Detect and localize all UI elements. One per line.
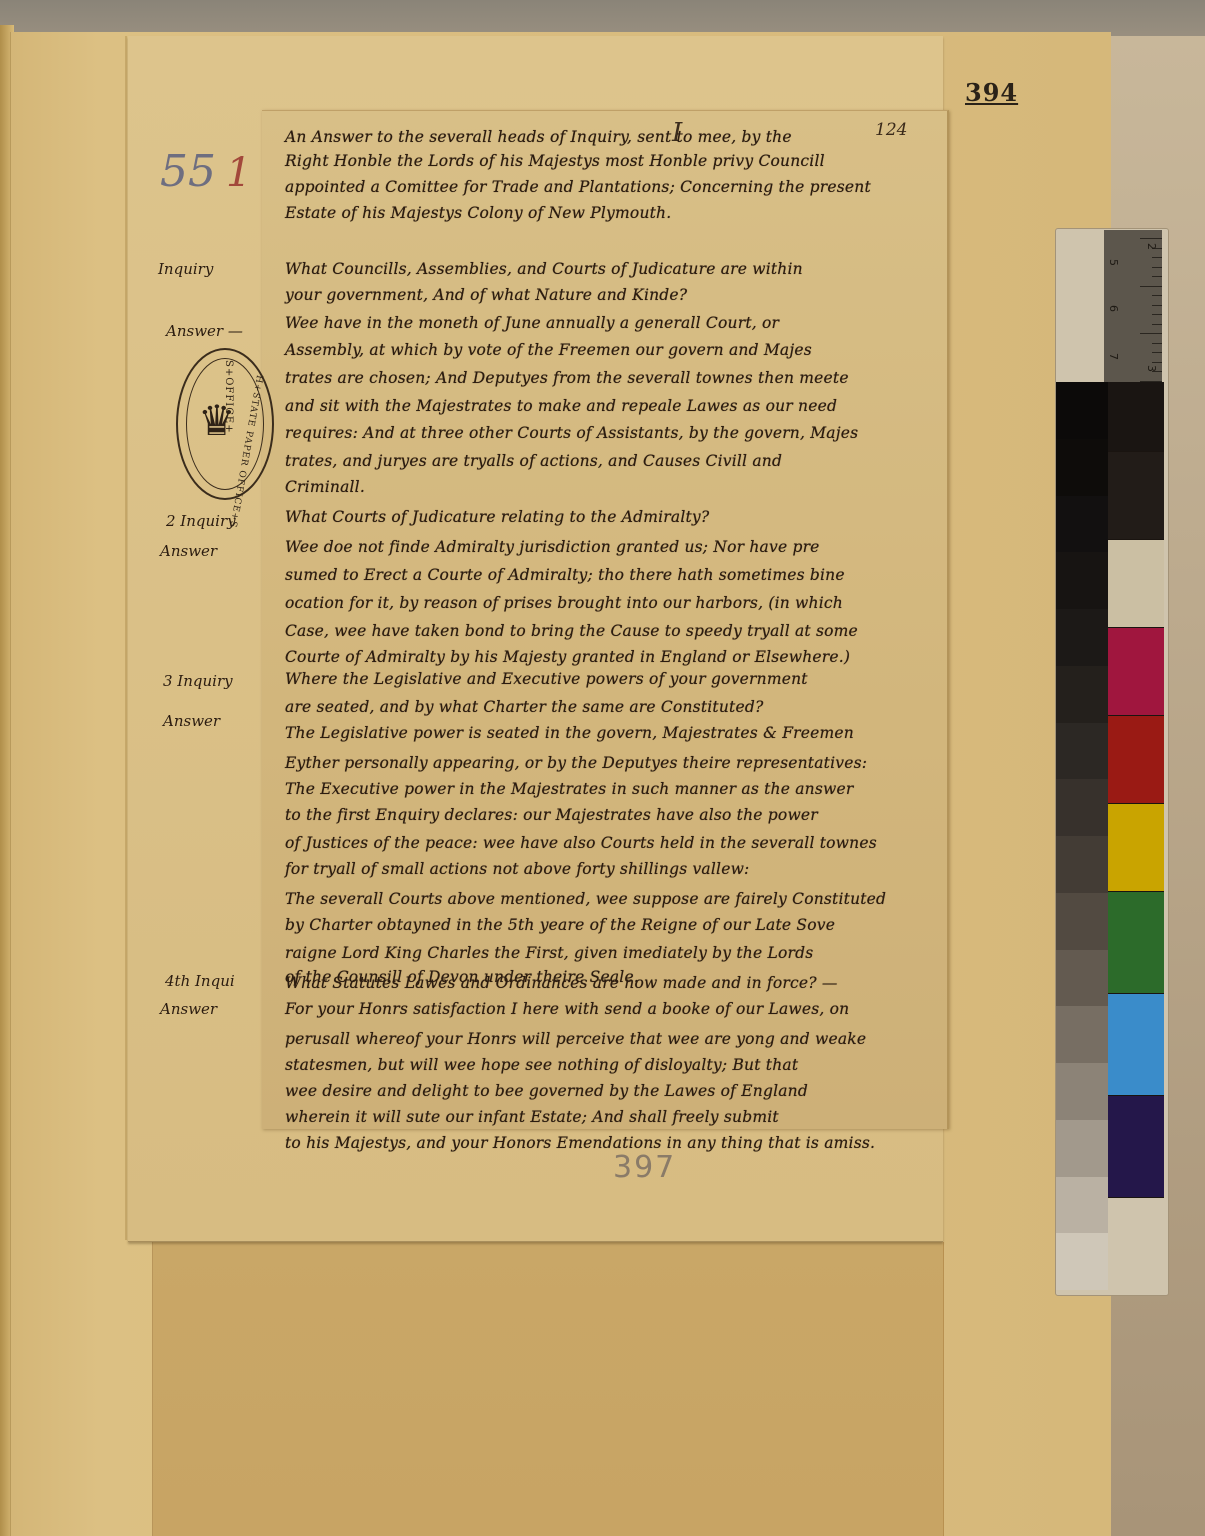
ruler-tick [1152, 362, 1162, 363]
gray-step [1056, 496, 1108, 553]
ruler-label: 7 [1107, 353, 1120, 360]
color-patch-red [1108, 716, 1164, 804]
gray-step [1056, 723, 1108, 780]
measurement-ruler: 25673 [1104, 230, 1162, 382]
gray-step [1056, 1233, 1108, 1290]
gray-step [1056, 893, 1108, 950]
color-patch-white [1108, 540, 1164, 628]
gray-step [1056, 1006, 1108, 1063]
reference-number-124: 124 [875, 120, 907, 140]
margin-label: Answer [160, 1000, 217, 1018]
ruler-tick [1152, 343, 1162, 344]
manuscript-line: sumed to Erect a Courte of Admiralty; th… [285, 568, 845, 584]
title-line: Right Honble the Lords of his Majestys m… [285, 154, 825, 170]
title-line: An Answer to the severall heads of Inqui… [285, 130, 792, 146]
ruler-tick [1152, 276, 1162, 277]
gray-step [1056, 1063, 1108, 1120]
ruler-label: 3 [1145, 365, 1158, 372]
ruler-label: 2 [1145, 243, 1158, 250]
gray-step [1056, 666, 1108, 723]
manuscript-line: Where the Legislative and Executive powe… [285, 672, 808, 688]
manuscript-line: ocation for it, by reason of prises brou… [285, 596, 843, 612]
pencil-folio-number: 397 [613, 1150, 676, 1185]
color-patch-magenta [1108, 628, 1164, 716]
manuscript-line: perusall whereof your Honrs will perceiv… [285, 1032, 866, 1048]
manuscript-line: Wee have in the moneth of June annually … [285, 316, 779, 332]
state-paper-office-stamp: ♛ S+OFFICE+ H+STATE PAPER OFFICE+S [176, 348, 274, 500]
ruler-label: 5 [1107, 259, 1120, 266]
ruler-tick [1152, 295, 1162, 296]
manuscript-line: are seated, and by what Charter the same… [285, 700, 763, 716]
manuscript-line: wee desire and delight to bee governed b… [285, 1084, 808, 1100]
margin-label: Answer [160, 542, 217, 560]
manuscript-line: trates, and juryes are tryalls of action… [285, 454, 782, 470]
manuscript-line: raigne Lord King Charles the First, give… [285, 946, 813, 962]
ruler-tick [1152, 352, 1162, 353]
gray-step [1056, 1177, 1108, 1234]
manuscript-line: of Justices of the peace: wee have also … [285, 836, 877, 852]
ruler-tick [1152, 267, 1162, 268]
manuscript-line: Eyther personally appearing, or by the D… [285, 756, 867, 772]
color-patch-navy [1108, 1096, 1164, 1198]
manuscript-line: to the first Enquiry declares: our Majes… [285, 808, 818, 824]
color-patch-black [1108, 382, 1164, 452]
manuscript-line: What Statutes Lawes and Ordinances are n… [285, 976, 838, 992]
gray-step [1056, 552, 1108, 609]
gray-step [1056, 382, 1108, 439]
grayscale-strip [1056, 382, 1108, 1290]
color-patch-yellow [1108, 804, 1164, 892]
manuscript-line: by Charter obtayned in the 5th yeare of … [285, 918, 835, 934]
manuscript-line: Criminall. [285, 480, 365, 496]
manuscript-line: your government, And of what Nature and … [285, 288, 687, 304]
manuscript-line: Wee doe not finde Admiralty jurisdiction… [285, 540, 820, 556]
manuscript-line: The severall Courts above mentioned, wee… [285, 892, 886, 908]
color-patch-strip [1108, 382, 1164, 1282]
ruler-tick [1152, 257, 1162, 258]
lower-guard-sheet [152, 1242, 944, 1536]
gray-step [1056, 439, 1108, 496]
title-line: appointed a Comittee for Trade and Plant… [285, 180, 871, 196]
stamp-text-top: S+OFFICE+ [223, 360, 234, 434]
manuscript-line: The Legislative power is seated in the g… [285, 726, 854, 742]
reference-number-55: 55 [160, 146, 216, 197]
manuscript-line: What Courts of Judicature relating to th… [285, 510, 709, 526]
title-line: Estate of his Majestys Colony of New Ply… [285, 206, 671, 222]
gray-step [1056, 950, 1108, 1007]
manuscript-line: to his Majestys, and your Honors Emendat… [285, 1136, 875, 1152]
ruler-tick [1152, 324, 1162, 325]
margin-label: 2 Inquiry [166, 512, 236, 530]
mount-fold-line [125, 36, 127, 1240]
manuscript-line: The Executive power in the Majestrates i… [285, 782, 853, 798]
margin-label: 4th Inqui [165, 972, 235, 990]
margin-label: 3 Inquiry [163, 672, 233, 690]
margin-label: Inquiry [158, 260, 213, 278]
gray-step [1056, 609, 1108, 666]
ruler-tick [1140, 333, 1162, 334]
manuscript-line: Courte of Admiralty by his Majesty grant… [285, 650, 850, 666]
gray-step [1056, 1120, 1108, 1177]
manuscript-line: statesmen, but will wee hope see nothing… [285, 1058, 798, 1074]
ruler-label: 6 [1107, 305, 1120, 312]
color-patch-dark-gray [1108, 452, 1164, 540]
color-patch-green [1108, 892, 1164, 994]
margin-label: Answer — [166, 322, 243, 340]
manuscript-line: wherein it will sute our infant Estate; … [285, 1110, 779, 1126]
ruler-tick [1140, 238, 1162, 239]
manuscript-line: For your Honrs satisfaction I here with … [285, 1002, 849, 1018]
color-patch-cyan [1108, 994, 1164, 1096]
gray-step [1056, 779, 1108, 836]
manuscript-line: Assembly, at which by vote of the Freeme… [285, 343, 812, 359]
ruler-tick [1140, 286, 1162, 287]
ruler-tick [1152, 305, 1162, 306]
manuscript-line: for tryall of small actions not above fo… [285, 862, 749, 878]
reference-number-red: 1 [226, 150, 251, 196]
manuscript-line: requires: And at three other Courts of A… [285, 426, 858, 442]
manuscript-line: and sit with the Majestrates to make and… [285, 399, 837, 415]
ruler-tick [1152, 314, 1162, 315]
manuscript-line: What Councills, Assemblies, and Courts o… [285, 262, 803, 278]
margin-label: Answer [163, 712, 220, 730]
manuscript-line: trates are chosen; And Deputyes from the… [285, 371, 849, 387]
manuscript-line: Case, wee have taken bond to bring the C… [285, 624, 858, 640]
folio-number: 394 [965, 78, 1018, 107]
gray-step [1056, 836, 1108, 893]
